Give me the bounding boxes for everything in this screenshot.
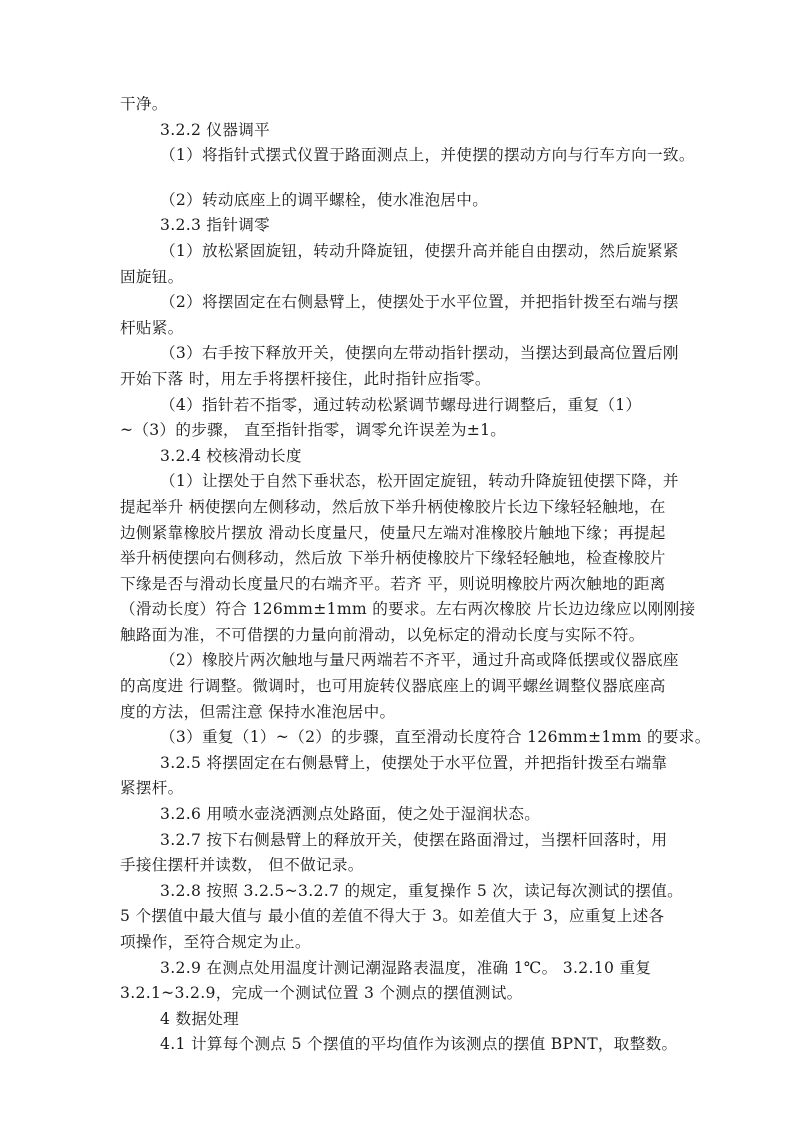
section-heading-3-2-3: 3.2.3 指针调零 [120,213,700,239]
text-line: （2）橡胶片两次触地与量尺两端若不齐平，通过升高或降低摆或仪器底座 [120,648,700,674]
text-line: （3）右手按下释放开关，使摆向左带动指针摆动，当摆达到最高位置后刚 [120,341,700,367]
text-line: 固旋钮。 [120,265,700,291]
section-heading-4: 4 数据处理 [120,1007,700,1033]
section-4-1: 4.1 计算每个测点 5 个摆值的平均值作为该测点的摆值 BPNT，取整数。 [120,1032,700,1058]
section-3-2-9: 3.2.9 在测点处用温度计测记潮湿路表温度，准确 1℃。 3.2.10 重复 [120,956,700,982]
text-line: （1）让摆处于自然下垂状态，松开固定旋钮，转动升降旋钮使摆下降，并 [120,469,700,495]
blank-line [120,169,700,188]
text-line: 项操作，至符合规定为止。 [120,930,700,956]
document-page: 干净。 3.2.2 仪器调平 （1）将指针式摆式仪置于路面测点上，并使摆的摆动方… [0,0,800,1131]
text-line: （3）重复（1）~（2）的步骤，直至滑动长度符合 126mm±1mm 的要求。 [120,725,700,751]
section-3-2-8: 3.2.8 按照 3.2.5~3.2.7 的规定，重复操作 5 次，读记每次测试… [120,879,700,905]
text-line: 触路面为准，不可借摆的力量向前滑动，以免标定的滑动长度与实际不符。 [120,623,700,649]
text-line: 杆贴紧。 [120,316,700,342]
text-line: （1）放松紧固旋钮，转动升降旋钮，使摆升高并能自由摆动，然后旋紧紧 [120,239,700,265]
text-line: 3.2.1~3.2.9，完成一个测试位置 3 个测点的摆值测试。 [120,981,700,1007]
text-line: 度的方法，但需注意 保持水准泡居中。 [120,700,700,726]
text-line: 干净。 [120,92,700,118]
text-line: （2）转动底座上的调平螺栓，使水准泡居中。 [120,188,700,214]
text-line: ~（3）的步骤， 直至指针指零，调零允许误差为±1。 [120,418,700,444]
text-line: 举升柄使摆向右侧移动，然后放 下举升柄使橡胶片下缘轻轻触地，检查橡胶片 [120,546,700,572]
section-heading-3-2-4: 3.2.4 校核滑动长度 [120,444,700,470]
section-heading-3-2-2: 3.2.2 仪器调平 [120,118,700,144]
text-line: 边侧紧靠橡胶片摆放 滑动长度量尺，使量尺左端对准橡胶片触地下缘；再提起 [120,521,700,547]
text-line: （2）将摆固定在右侧悬臂上，使摆处于水平位置，并把指针拨至右端与摆 [120,290,700,316]
text-line: 开始下落 时，用左手将摆杆接住，此时指针应指零。 [120,367,700,393]
text-line: （4）指针若不指零，通过转动松紧调节螺母进行调整后，重复（1） [120,393,700,419]
text-line: 提起举升 柄使摆向左侧移动，然后放下举升柄使橡胶片长边下缘轻轻触地，在 [120,495,700,521]
text-line: 下缘是否与滑动长度量尺的右端齐平。若齐 平，则说明橡胶片两次触地的距离 [120,572,700,598]
text-line: （1）将指针式摆式仪置于路面测点上，并使摆的摆动方向与行车方向一致。 [120,143,700,169]
text-line: 紧摆杆。 [120,776,700,802]
text-line: 的高度进 行调整。微调时，也可用旋转仪器底座上的调平螺丝调整仪器底座高 [120,674,700,700]
document-body: 干净。 3.2.2 仪器调平 （1）将指针式摆式仪置于路面测点上，并使摆的摆动方… [120,92,700,1058]
section-3-2-7: 3.2.7 按下右侧悬臂上的释放开关，使摆在路面滑过，当摆杆回落时，用 [120,828,700,854]
section-3-2-5: 3.2.5 将摆固定在右侧悬臂上，使摆处于水平位置，并把指针拨至右端靠 [120,751,700,777]
section-3-2-6: 3.2.6 用喷水壶浇洒测点处路面，使之处于湿润状态。 [120,802,700,828]
text-line: 5 个摆值中最大值与 最小值的差值不得大于 3。如差值大于 3，应重复上述各 [120,904,700,930]
text-line: （滑动长度）符合 126mm±1mm 的要求。左右两次橡胶 片长边边缘应以刚刚接 [120,597,700,623]
text-line: 手接住摆杆并读数， 但不做记录。 [120,853,700,879]
